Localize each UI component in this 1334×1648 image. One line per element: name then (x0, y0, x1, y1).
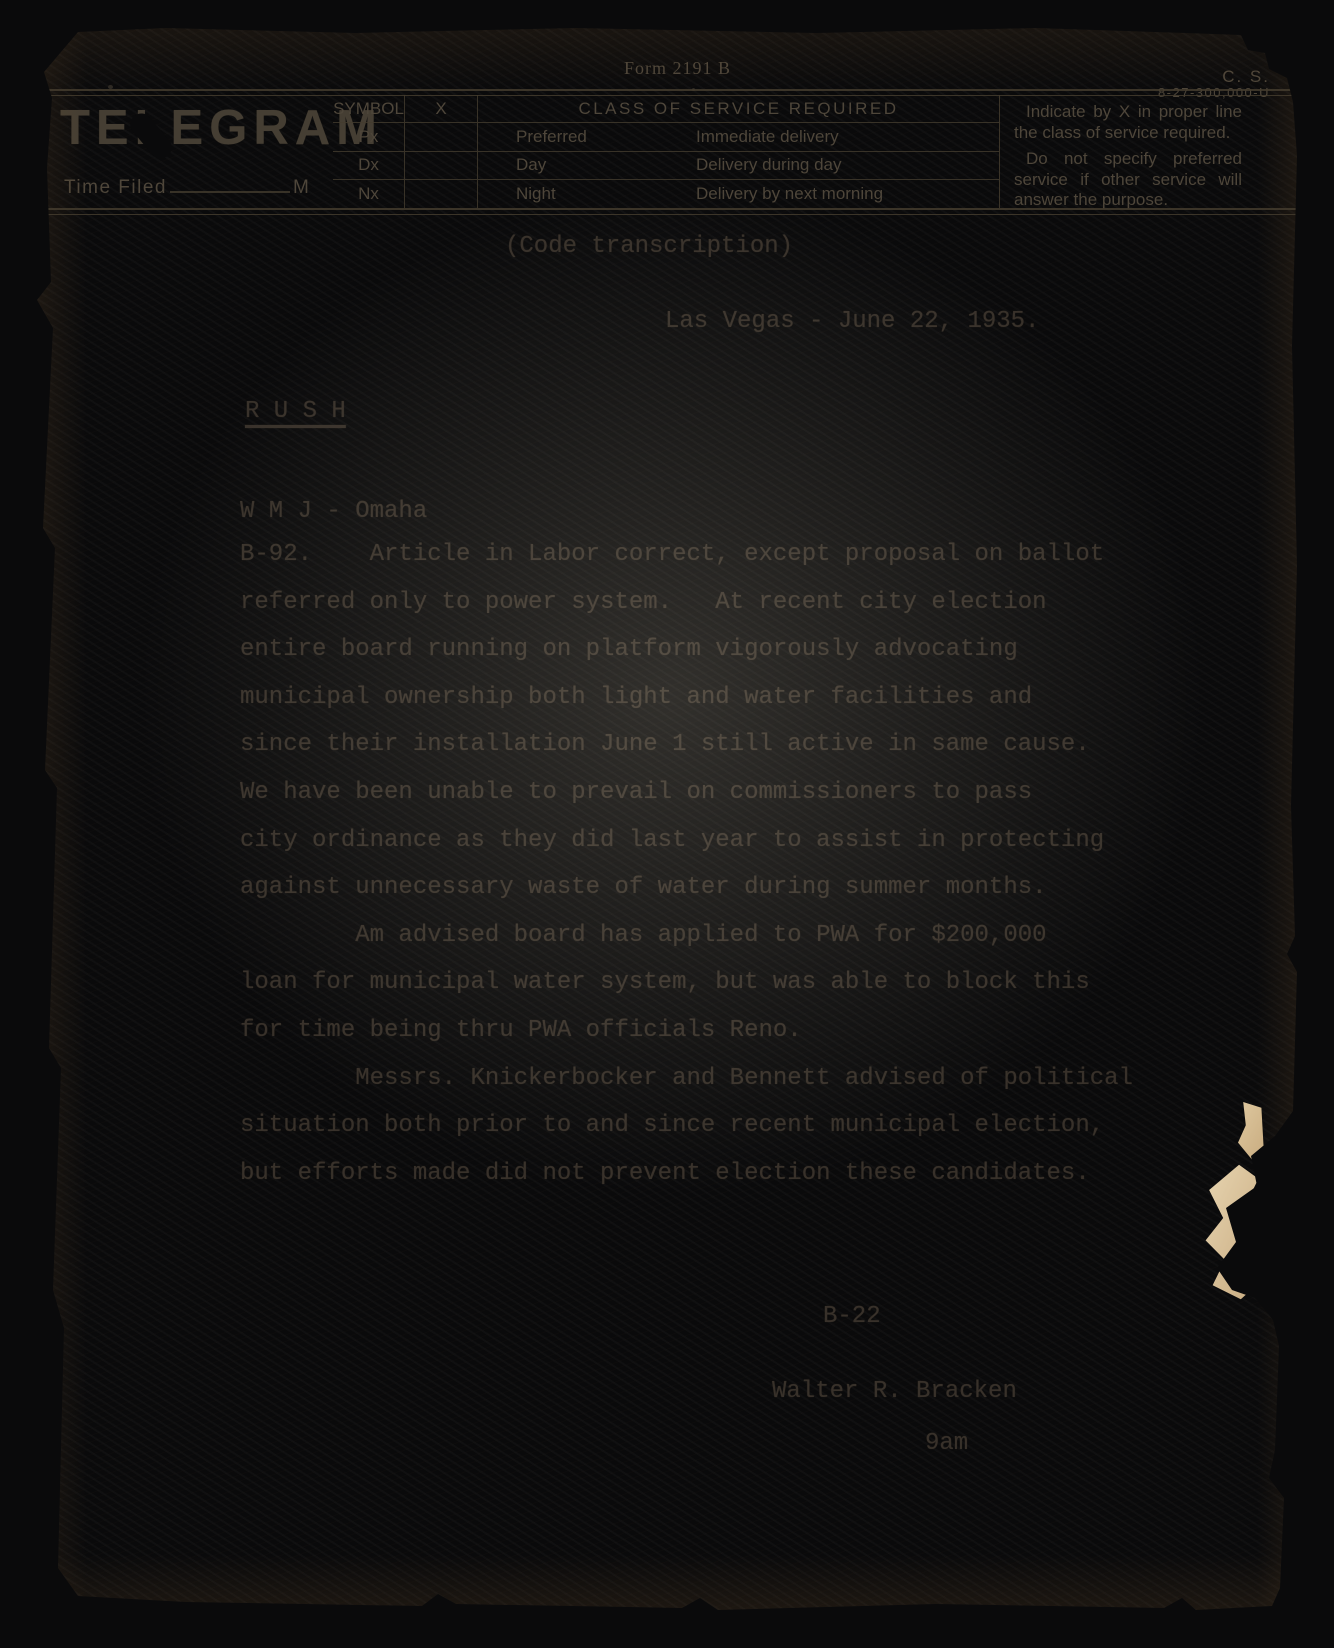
message-line: municipal ownership both light and water… (240, 674, 1133, 722)
top-rule-2 (36, 95, 1308, 96)
signature: Walter R. Bracken (772, 1378, 1017, 1405)
service-name: Preferred (516, 127, 696, 147)
bottom-rule-1 (36, 208, 1308, 210)
message-line: Messrs. Knickerbocker and Bennett advise… (240, 1055, 1133, 1103)
instructions-paragraph-2: Do not specify preferred service if othe… (1014, 149, 1242, 211)
message-line: We have been unable to prevail on commis… (240, 769, 1133, 817)
form-number: Form 2191 B (624, 58, 731, 79)
time-filed-blank-line (170, 176, 290, 193)
x-cell (405, 180, 478, 208)
time-filed-label: Time Filed (64, 177, 167, 198)
symbol-header: SYMBOL (333, 95, 405, 123)
service-table: SYMBOL X CLASS OF SERVICE REQUIRED Px Pr… (333, 95, 999, 208)
message-line: B-92. Article in Labor correct, except p… (240, 531, 1133, 579)
time-filed-suffix: M (293, 177, 310, 198)
cs-mark: C. S. (1158, 68, 1270, 86)
service-name: Night (516, 184, 696, 204)
table-row: Day Delivery during day (478, 152, 999, 180)
bottom-rule-2 (36, 214, 1308, 215)
x-cell (405, 123, 478, 151)
symbol-cell: Px (333, 123, 405, 151)
class-header: CLASS OF SERVICE REQUIRED (478, 95, 999, 123)
message-line: situation both prior to and since recent… (240, 1102, 1133, 1150)
table-row: Preferred Immediate delivery (478, 123, 999, 151)
instructions: Indicate by X in proper line the class o… (999, 95, 1251, 208)
telegram-paper: Form 2191 B C. S. 8-27-300,000-U TELEGRA… (36, 26, 1308, 1618)
rush-priority: R U S H (245, 398, 346, 425)
x-header: X (405, 95, 478, 123)
symbol-cell: Nx (333, 180, 405, 208)
top-rule-1 (36, 89, 1308, 91)
dateline: Las Vegas - June 22, 1935. (665, 308, 1039, 335)
service-delivery: Delivery by next morning (696, 184, 883, 204)
message-line: entire board running on platform vigorou… (240, 626, 1133, 674)
message-line: for time being thru PWA officials Reno. (240, 1007, 1133, 1055)
code-transcription-note: (Code transcription) (505, 233, 793, 260)
message-line: city ordinance as they did last year to … (240, 817, 1133, 865)
x-cell (405, 152, 478, 180)
reference-number: B-22 (823, 1303, 881, 1330)
message-line: but efforts made did not prevent electio… (240, 1150, 1133, 1198)
scan-background: Form 2191 B C. S. 8-27-300,000-U TELEGRA… (0, 0, 1334, 1648)
service-name: Day (516, 155, 696, 175)
table-row: Night Delivery by next morning (478, 180, 999, 208)
symbol-cell: Dx (333, 152, 405, 180)
message-line: referred only to power system. At recent… (240, 579, 1133, 627)
instructions-paragraph-1: Indicate by X in proper line the class o… (1014, 102, 1242, 143)
service-delivery: Immediate delivery (696, 127, 839, 147)
message-line: Am advised board has applied to PWA for … (240, 912, 1133, 960)
time-sent: 9am (925, 1430, 968, 1457)
service-delivery: Delivery during day (696, 155, 842, 175)
message-body: B-92. Article in Labor correct, except p… (240, 531, 1133, 1197)
paper-tear (1238, 1102, 1264, 1160)
addressee: W M J - Omaha (240, 498, 427, 525)
message-line: against unnecessary waste of water durin… (240, 864, 1133, 912)
message-line: loan for municipal water system, but was… (240, 959, 1133, 1007)
message-line: since their installation June 1 still ac… (240, 721, 1133, 769)
paper-tear (1188, 1162, 1276, 1302)
time-filed-row: Time FiledM (64, 176, 310, 199)
